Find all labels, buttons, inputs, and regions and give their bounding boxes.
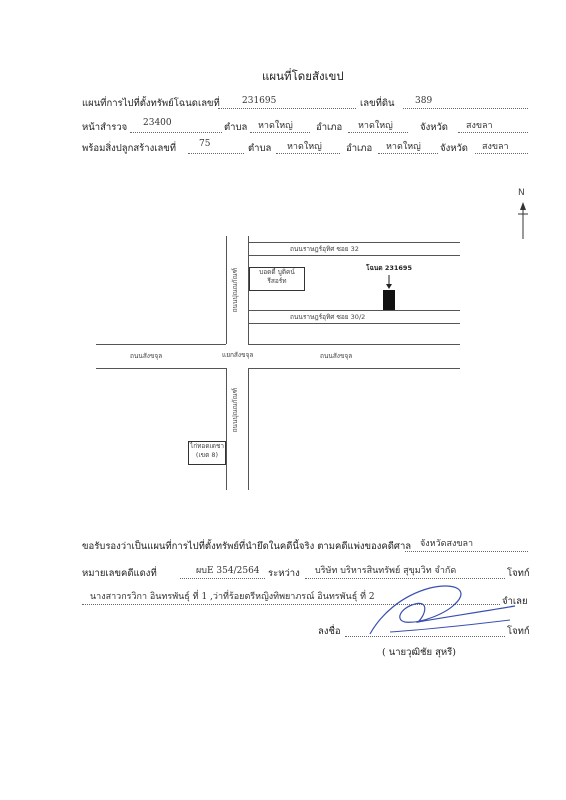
- case-number: ผบE 354/2564: [196, 563, 260, 577]
- road-edge: [96, 344, 226, 345]
- label-province: จังหวัด: [420, 120, 448, 135]
- signer-name: ( นายวุฒิชัย สุหรี): [382, 645, 456, 660]
- road-label-soi-30-2: ถนนราษฎร์อุทิศ ซอย 30/2: [290, 312, 365, 322]
- building-field: [188, 153, 244, 154]
- road-edge: [248, 323, 460, 324]
- road-edge: [248, 310, 460, 311]
- province-value: สงขลา: [466, 118, 493, 132]
- label-subdistrict: ตำบล: [224, 120, 247, 135]
- subdistrict-value: หาดใหญ่: [258, 118, 293, 132]
- land-no-field: [403, 108, 528, 109]
- district-value-2: หาดใหญ่: [386, 139, 421, 153]
- landmark-stall-line1: ไก่ทอดเดชา: [189, 442, 225, 451]
- label-district: อำเภอ: [316, 120, 342, 135]
- district-field-2: [378, 153, 438, 154]
- label-survey: หน้าสำรวจ: [82, 120, 127, 135]
- road-label-soi-32: ถนนราษฎร์อุทิศ ซอย 32: [290, 244, 359, 254]
- court-name: จังหวัดสงขลา: [420, 536, 473, 550]
- district-field: [348, 132, 408, 133]
- label-between: ระหว่าง: [268, 566, 300, 581]
- label-deed: แผนที่การไปที่ตั้งทรัพย์โฉนดเลขที่: [82, 96, 220, 111]
- road-edge: [248, 255, 460, 256]
- plaintiff-name: บริษัท บริหารสินทรัพย์ สุขุมวิท จำกัด: [315, 563, 456, 577]
- road-edge: [248, 242, 460, 243]
- province-value-2: สงขลา: [482, 139, 509, 153]
- road-edge: [226, 236, 227, 344]
- north-arrow-icon: [513, 200, 533, 240]
- label-land-no: เลขที่ดิน: [360, 96, 395, 111]
- road-label-vertical-upper: ถนนปุณณกัณฑ์: [230, 268, 240, 312]
- road-edge: [248, 368, 249, 490]
- landmark-resort: บอดดี้ บูติคน์ รีสอร์ท: [249, 267, 305, 291]
- subdistrict-field: [250, 132, 310, 133]
- province-field-2: [475, 153, 528, 154]
- land-number: 389: [415, 96, 432, 106]
- road-edge: [96, 368, 226, 369]
- label-case-no: หมายเลขคดีแดงที่: [82, 566, 157, 581]
- road-label-vertical-lower: ถนนปุณณกัณฑ์: [230, 388, 240, 432]
- property-arrow-icon: [384, 275, 394, 289]
- label-subdistrict-2: ตำบล: [248, 141, 271, 156]
- signature-icon: [360, 576, 520, 646]
- case-no-field: [180, 578, 265, 579]
- intersection-label: แยกสังขจุล: [222, 350, 253, 360]
- road-edge: [226, 368, 227, 490]
- property-label: โฉนด 231695: [366, 263, 412, 273]
- document-title: แผนที่โดยสังเขป: [262, 68, 344, 86]
- label-sign: ลงชื่อ: [318, 624, 341, 639]
- label-province-2: จังหวัด: [440, 141, 468, 156]
- court-field: [405, 551, 528, 552]
- road-label-sangchan-left: ถนนสังขจุล: [130, 351, 162, 361]
- landmark-resort-line1: บอดดี้ บูติคน์: [250, 268, 304, 277]
- survey-field: [130, 132, 222, 133]
- label-building: พร้อมสิ่งปลูกสร้างเลขที่: [82, 141, 176, 156]
- survey-number: 23400: [143, 118, 172, 128]
- district-value: หาดใหญ่: [358, 118, 393, 132]
- road-edge: [248, 344, 460, 345]
- north-label: N: [518, 188, 525, 198]
- subdistrict-field-2: [276, 153, 340, 154]
- landmark-stall-line2: (เขต 8): [189, 451, 225, 460]
- province-field: [458, 132, 528, 133]
- label-district-2: อำเภอ: [346, 141, 372, 156]
- defendants-names: นางสาวกรวิกา อินทรพันธุ์ ที่ 1 ,ว่าที่ร้…: [90, 589, 375, 603]
- road-label-sangchan-right: ถนนสังขจุล: [320, 351, 352, 361]
- certification-statement: ขอรับรองว่าเป็นแผนที่การไปที่ตั้งทรัพย์ท…: [82, 539, 411, 554]
- deed-number: 231695: [242, 96, 276, 106]
- road-edge: [248, 368, 460, 369]
- deed-no-field: [218, 108, 356, 109]
- building-number: 75: [199, 139, 210, 149]
- property-parcel-marker: [383, 290, 395, 310]
- subdistrict-value-2: หาดใหญ่: [287, 139, 322, 153]
- landmark-resort-line2: รีสอร์ท: [250, 277, 304, 286]
- landmark-stall: ไก่ทอดเดชา (เขต 8): [188, 441, 226, 465]
